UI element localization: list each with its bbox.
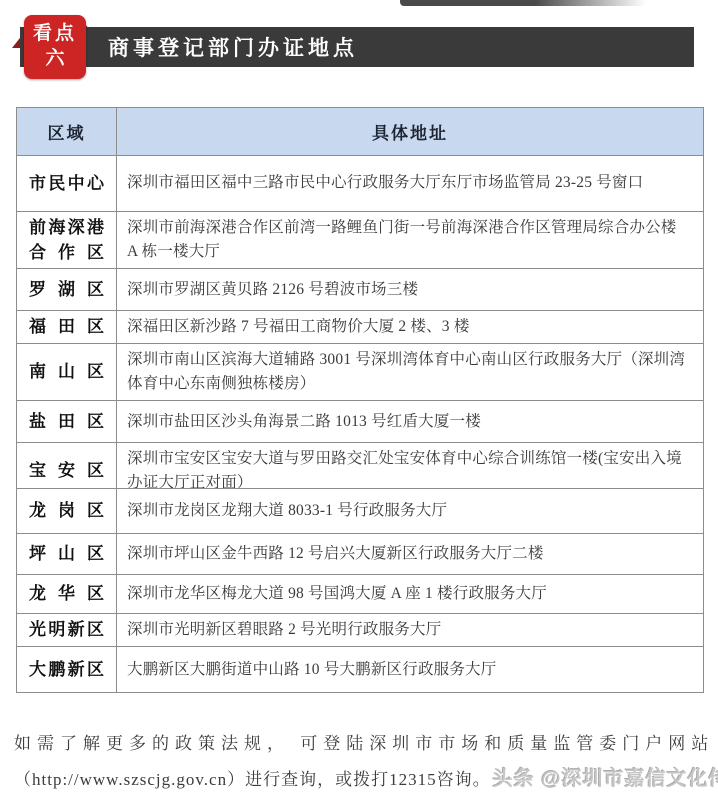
table-row: 大鹏新区 大鹏新区大鹏街道中山路 10 号大鹏新区行政服务大厅: [17, 647, 704, 693]
region-cell: 光明新区: [17, 614, 117, 647]
table-row: 盐田区 深圳市盐田区沙头角海景二路 1013 号红盾大厦一楼: [17, 401, 704, 443]
region-cell: 罗湖区: [17, 269, 117, 311]
table-row: 福田区 深福田区新沙路 7 号福田工商物价大厦 2 楼、3 楼: [17, 311, 704, 344]
address-cell: 深圳市光明新区碧眼路 2 号光明行政服务大厅: [117, 614, 704, 647]
region-cell: 市民中心: [17, 156, 117, 212]
region-cell: 龙岗区: [17, 489, 117, 534]
region-cell: 福田区: [17, 311, 117, 344]
badge-text-bottom: 六: [24, 46, 86, 72]
table-row: 市民中心 深圳市福田区福中三路市民中心行政服务大厅东厅市场监管局 23-25 号…: [17, 156, 704, 212]
region-cell: 坪山区: [17, 534, 117, 575]
footer-line-2-text: （http://www.szscjg.gov.cn）进行查询，或拨打12315咨…: [14, 765, 491, 790]
table-row: 龙岗区 深圳市龙岗区龙翔大道 8033-1 号行政服务大厅: [17, 489, 704, 534]
article-page: 商事登记部门办证地点 看点 六 区域 具体地址 市民中心 深圳市福田区福中三路市…: [0, 0, 718, 794]
address-cell: 深圳市罗湖区黄贝路 2126 号碧波市场三楼: [117, 269, 704, 311]
region-cell: 南山区: [17, 344, 117, 401]
table-row: 前海深港合作区 深圳市前海深港合作区前湾一路鲤鱼门街一号前海深港合作区管理局综合…: [17, 212, 704, 269]
address-cell: 深圳市坪山区金牛西路 12 号启兴大厦新区行政服务大厅二楼: [117, 534, 704, 575]
locations-table-1: 区域 具体地址 市民中心 深圳市福田区福中三路市民中心行政服务大厅东厅市场监管局…: [16, 107, 704, 500]
footer-note: 如需了解更多的政策法规， 可登陆深圳市市场和质量监管委门户网站 （http://…: [14, 729, 709, 791]
region-cell: 龙华区: [17, 575, 117, 614]
table-row: 光明新区 深圳市光明新区碧眼路 2 号光明行政服务大厅: [17, 614, 704, 647]
column-header-address: 具体地址: [117, 108, 704, 156]
table-header-row: 区域 具体地址: [17, 108, 704, 156]
footer-line-2: （http://www.szscjg.gov.cn）进行查询，或拨打12315咨…: [14, 762, 709, 791]
badge-text-top: 看点: [24, 22, 86, 46]
address-cell: 深圳市盐田区沙头角海景二路 1013 号红盾大厦一楼: [117, 401, 704, 443]
section-banner: 商事登记部门办证地点: [20, 27, 694, 67]
table-row: 南山区 深圳市南山区滨海大道辅路 3001 号深圳湾体育中心南山区行政服务大厅（…: [17, 344, 704, 401]
table-row: 罗湖区 深圳市罗湖区黄贝路 2126 号碧波市场三楼: [17, 269, 704, 311]
table-row: 龙华区 深圳市龙华区梅龙大道 98 号国鸿大厦 A 座 1 楼行政服务大厅: [17, 575, 704, 614]
table-row: 坪山区 深圳市坪山区金牛西路 12 号启兴大厦新区行政服务大厅二楼: [17, 534, 704, 575]
address-cell: 大鹏新区大鹏街道中山路 10 号大鹏新区行政服务大厅: [117, 647, 704, 693]
address-cell: 深圳市龙华区梅龙大道 98 号国鸿大厦 A 座 1 楼行政服务大厅: [117, 575, 704, 614]
address-cell: 深福田区新沙路 7 号福田工商物价大厦 2 楼、3 楼: [117, 311, 704, 344]
address-cell: 深圳市南山区滨海大道辅路 3001 号深圳湾体育中心南山区行政服务大厅（深圳湾体…: [117, 344, 704, 401]
section-title: 商事登记部门办证地点: [108, 32, 358, 62]
address-cell: 深圳市前海深港合作区前湾一路鲤鱼门街一号前海深港合作区管理局综合办公楼 A 栋一…: [117, 212, 704, 269]
address-cell: 深圳市龙岗区龙翔大道 8033-1 号行政服务大厅: [117, 489, 704, 534]
locations-table-2: 龙岗区 深圳市龙岗区龙翔大道 8033-1 号行政服务大厅 坪山区 深圳市坪山区…: [16, 488, 704, 693]
address-cell: 深圳市福田区福中三路市民中心行政服务大厅东厅市场监管局 23-25 号窗口: [117, 156, 704, 212]
toutiao-watermark: 头条 @深圳市嘉信文化传播: [493, 762, 718, 791]
footer-line-1: 如需了解更多的政策法规， 可登陆深圳市市场和质量监管委门户网站: [14, 729, 709, 754]
top-edge-fragment: [400, 0, 646, 6]
region-cell: 前海深港合作区: [17, 212, 117, 269]
region-cell: 盐田区: [17, 401, 117, 443]
column-header-region: 区域: [17, 108, 117, 156]
region-cell: 大鹏新区: [17, 647, 117, 693]
highlight-badge: 看点 六: [24, 15, 86, 79]
